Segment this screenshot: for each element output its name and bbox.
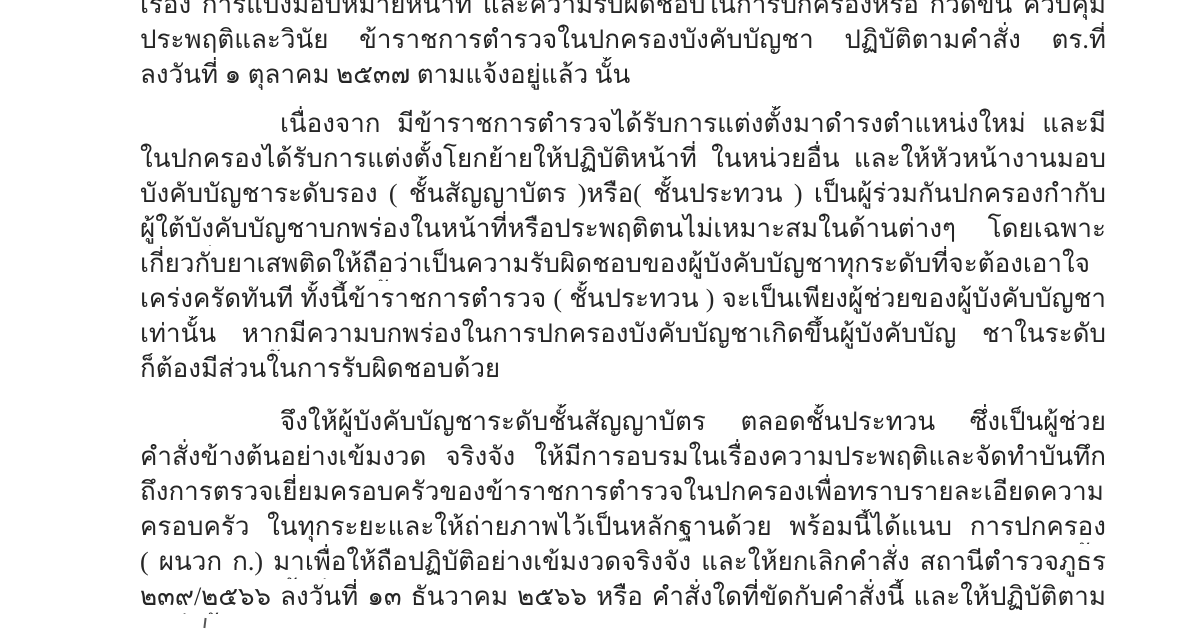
text-line: จึงให้ผู้บังคับบัญชาระดับชั้นสัญญาบัตร ต… [140,404,1106,439]
text-line: เกี่ยวกับยาเสพติดให้ถือว่าเป็นความรับผิด… [140,246,1106,281]
text-line: เรื่อง การแบ่งมอบหมายหน้าที่ และความรับผ… [140,0,1106,22]
paragraph-subject-clipped-top: เรื่อง การแบ่งมอบหมายหน้าที่ และความรับผ… [140,0,1106,92]
paragraph-background: เนื่องจาก มีข้าราชการตำรวจได้รับการแต่งต… [140,106,1106,386]
cutoff-next-line-mark [203,618,206,628]
text-line: ( ผนวก ก.) มาเพื่อให้ถือปฏิบัติอย่างเข้ม… [140,544,1106,579]
text-line: เท่านั้น หากมีความบกพร่องในการปกครองบังค… [140,316,1106,351]
text-line: บังคับบัญชาระดับรอง ( ชั้นสัญญาบัตร )หรื… [140,176,1106,211]
text-line: ประพฤติและวินัย ข้าราชการตำรวจในปกครองบั… [140,22,1106,57]
text-line: ก็ต้องมีส่วนในการรับผิดชอบด้วย [140,351,1106,386]
text-line: ลงวันที่ ๑ ตุลาคม ๒๕๓๗ ตามแจ้งอยู่แล้ว น… [140,57,1106,92]
text-line: ในปกครองได้รับการแต่งตั้งโยกย้ายให้ปฏิบั… [140,141,1106,176]
text-line: ๒๓๙/๒๕๖๖ ลงวันที่ ๑๓ ธันวาคม ๒๕๖๖ หรือ ค… [140,579,1106,614]
text-line: เคร่งครัดทันที ทั้งนี้ข้าราชการตำรวจ ( ช… [140,281,1106,316]
text-line: ถึงการตรวจเยี่ยมครอบครัวของข้าราชการตำรว… [140,474,1106,509]
text-line: ผู้ใต้บังคับบัญชาบกพร่องในหน้าที่หรือประ… [140,211,1106,246]
text-line: เนื่องจาก มีข้าราชการตำรวจได้รับการแต่งต… [140,106,1106,141]
paragraph-order: จึงให้ผู้บังคับบัญชาระดับชั้นสัญญาบัตร ต… [140,404,1106,614]
text-line: ครอบครัว ในทุกระยะและให้ถ่ายภาพไว้เป็นหล… [140,509,1106,544]
text-line: คำสั่งข้างต้นอย่างเข้มงวด จริงจัง ให้มีก… [140,439,1106,474]
scanned-document-page: เรื่อง การแบ่งมอบหมายหน้าที่ และความรับผ… [0,0,1200,630]
text-block: เรื่อง การแบ่งมอบหมายหน้าที่ และความรับผ… [140,0,1106,614]
